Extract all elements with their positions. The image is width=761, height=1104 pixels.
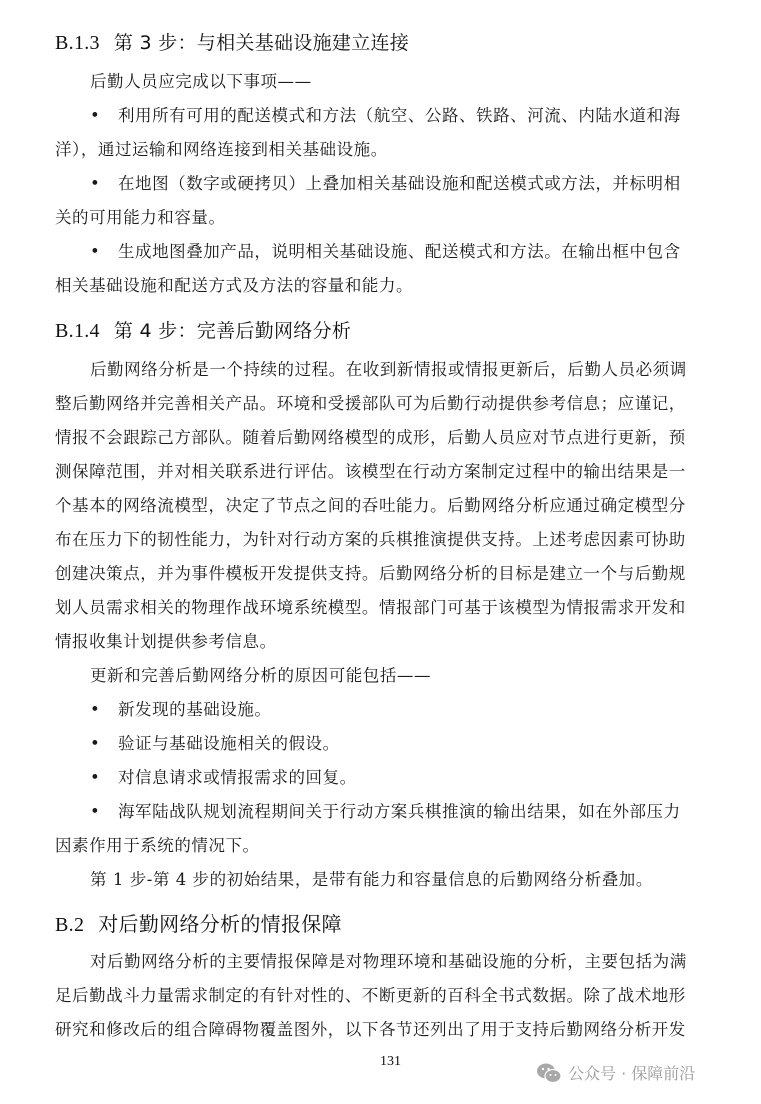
paragraph-line: 个基本的网络流模型，决定了节点之间的吞吐能力。后勤网络分析应通过确定模型分 (55, 496, 705, 516)
bullet-item: •新发现的基础设施。 (90, 700, 705, 720)
paragraph-line: 第 1 步-第 4 步的初始结果，是带有能力和容量信息的后勤网络分析叠加。 (90, 870, 705, 890)
section-heading-b14: B.1.4第 4 步：完善后勤网络分析 (55, 316, 351, 343)
paragraph-line: 测保障范围，并对相关联系进行评估。该模型在行动方案制定过程中的输出结果是一 (55, 462, 705, 482)
paragraph-line: 研究和修改后的组合障碍物覆盖图外，以下各节还列出了用于支持后勤网络分析开发 (55, 1020, 705, 1040)
paragraph-line: 布在压力下的韧性能力，为针对行动方案的兵棋推演提供支持。上述考虑因素可协助 (55, 530, 705, 550)
paragraph-line: 足后勤战斗力量需求制定的有针对性的、不断更新的百科全书式数据。除了战术地形 (55, 986, 705, 1006)
paragraph-line: 对后勤网络分析的主要情报保障是对物理环境和基础设施的分析，主要包括为满 (90, 952, 705, 972)
bullet-item: •生成地图叠加产品，说明相关基础设施、配送模式和方法。在输出框中包含 (90, 242, 705, 262)
bullet-icon: • (90, 174, 118, 194)
paragraph-line: 划人员需求相关的物理作战环境系统模型。情报部门可基于该模型为情报需求开发和 (55, 598, 705, 618)
bullet-icon: • (90, 106, 118, 126)
page-number: 131 (380, 1054, 401, 1070)
paragraph-line: 关的可用能力和容量。 (55, 208, 705, 228)
paragraph-line: 更新和完善后勤网络分析的原因可能包括—— (90, 666, 705, 686)
bullet-item: •利用所有可用的配送模式和方法（航空、公路、铁路、河流、内陆水道和海 (90, 106, 705, 126)
paragraph-line: 因素作用于系统的情况下。 (55, 836, 705, 856)
paragraph-line: 创建决策点，并为事件模板开发提供支持。后勤网络分析的目标是建立一个与后勤规 (55, 564, 705, 584)
paragraph-line: 相关基础设施和配送方式及方法的容量和能力。 (55, 276, 705, 296)
bullet-item: •验证与基础设施相关的假设。 (90, 734, 705, 754)
bullet-item: •对信息请求或情报需求的回复。 (90, 768, 705, 788)
paragraph-line: 洋），通过运输和网络连接到相关基础设施。 (55, 140, 705, 160)
bullet-icon: • (90, 734, 118, 754)
watermark-text: 公众号 · 保障前沿 (568, 1061, 695, 1084)
bullet-icon: • (90, 242, 118, 262)
bullet-item: •在地图（数字或硬拷贝）上叠加相关基础设施和配送模式或方法，并标明相 (90, 174, 705, 194)
bullet-icon: • (90, 802, 118, 822)
bullet-icon: • (90, 700, 118, 720)
paragraph-line: 情报收集计划提供参考信息。 (55, 632, 705, 652)
bullet-icon: • (90, 768, 118, 788)
wechat-icon (536, 1062, 562, 1084)
section-heading-b13: B.1.3第 3 步：与相关基础设施建立连接 (55, 28, 409, 55)
paragraph-line: 后勤人员应完成以下事项—— (90, 72, 705, 92)
paragraph-line: 情报不会跟踪己方部队。随着后勤网络模型的成形，后勤人员应对节点进行更新，预 (55, 428, 705, 448)
watermark: 公众号 · 保障前沿 (536, 1061, 695, 1084)
bullet-item: •海军陆战队规划流程期间关于行动方案兵棋推演的输出结果，如在外部压力 (90, 802, 705, 822)
section-heading-b2: B.2对后勤网络分析的情报保障 (55, 908, 342, 937)
paragraph-line: 整后勤网络并完善相关产品。环境和受援部队可为后勤行动提供参考信息；应谨记， (55, 394, 705, 414)
paragraph-line: 后勤网络分析是一个持续的过程。在收到新情报或情报更新后，后勤人员必须调 (90, 360, 705, 380)
